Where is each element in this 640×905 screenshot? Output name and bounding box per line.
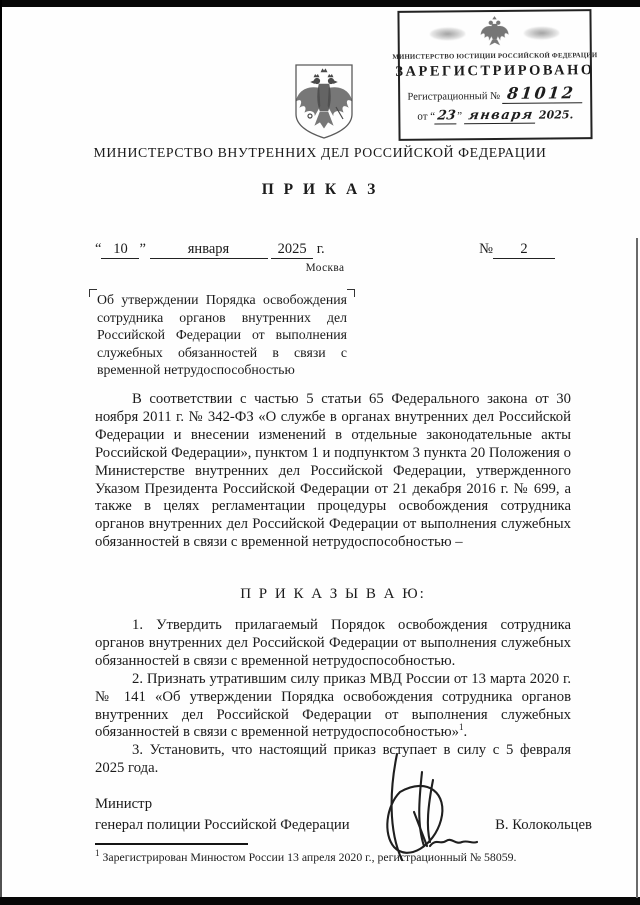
subject-corner-mark-left (89, 289, 97, 297)
stamp-date-year: 2025. (539, 108, 574, 121)
signature-title-line2-row: генерал полиции Российской Федерации В. … (95, 815, 592, 836)
signature-title-line1: Министр (95, 794, 592, 815)
date-day: 10 (101, 241, 139, 259)
scan-border-right (636, 238, 638, 898)
order-item-1: 1. Утвердить прилагаемый Порядок освобож… (95, 617, 571, 671)
stamp-smudge-right (524, 26, 560, 39)
city-label: Москва (95, 262, 555, 274)
stamp-registration-number-value: 81012 (502, 83, 584, 104)
date-year-suffix: г. (317, 241, 325, 257)
scan-border-bottom (0, 897, 640, 905)
order-item-2: 2. Признать утратившим силу приказ МВД Р… (95, 671, 571, 743)
date-group: “10” января 2025 г. (95, 241, 325, 259)
stamp-smudge-left (430, 27, 466, 40)
order-item-2-text: 2. Признать утратившим силу приказ МВД Р… (95, 671, 571, 741)
stamp-registration-number-line: Регистрационный № 81012 (407, 83, 583, 105)
coat-of-arms-icon (286, 62, 362, 142)
subject-corner-mark-right (347, 289, 355, 297)
registration-stamp: МИНИСТЕРСТВО ЮСТИЦИИ РОССИЙСКОЙ ФЕДЕРАЦИ… (397, 9, 592, 141)
document-type-title: П Р И К А З (0, 181, 640, 199)
order-item-3: 3. Установить, что настоящий приказ всту… (95, 742, 571, 778)
stamp-date-day: 23 (434, 108, 458, 124)
footnote-text: Зарегистрирован Минюстом России 13 апрел… (100, 850, 517, 864)
scan-border-top (0, 0, 640, 7)
document-page: МИНИСТЕРСТВО ЮСТИЦИИ РОССИЙСКОЙ ФЕДЕРАЦИ… (0, 0, 640, 905)
stamp-registration-number-label: Регистрационный № (407, 91, 500, 103)
stamp-eagle-icon (479, 15, 509, 50)
order-item-3-text: 3. Установить, что настоящий приказ всту… (95, 742, 571, 776)
order-keyword: П Р И К А З Ы В А Ю: (95, 586, 571, 603)
signature-name: В. Колокольцев (495, 815, 592, 836)
preamble-paragraph: В соответствии с частью 5 статьи 65 Феде… (95, 391, 571, 552)
signature-block: Министр генерал полиции Российской Федер… (95, 794, 592, 836)
ministry-title: МИНИСТЕРСТВО ВНУТРЕННИХ ДЕЛ РОССИЙСКОЙ Ф… (0, 145, 640, 161)
order-items: 1. Утвердить прилагаемый Порядок освобож… (95, 617, 571, 778)
scan-border-left (0, 0, 2, 905)
order-item-1-text: 1. Утвердить прилагаемый Порядок освобож… (95, 617, 571, 669)
stamp-date-month: января (464, 108, 538, 125)
document-number-label: № (479, 241, 493, 257)
document-number-value: 2 (493, 241, 555, 259)
date-line: “10” января 2025 г. №2 (95, 241, 555, 259)
date-month: января (150, 241, 268, 259)
order-item-2-tail: . (463, 724, 467, 740)
stamp-header-row (429, 14, 559, 51)
signature-title-line2: генерал полиции Российской Федерации (95, 815, 350, 836)
date-year: 2025 (271, 241, 313, 259)
stamp-date-prefix: от (417, 111, 427, 123)
footnote-text-line: 1 Зарегистрирован Минюстом России 13 апр… (95, 850, 575, 865)
document-number-group: №2 (479, 241, 555, 259)
footnote-rule (95, 843, 248, 845)
stamp-registered-label: ЗАРЕГИСТРИРОВАНО (395, 62, 594, 81)
subject-block: Об утверждении Порядка освобождения сотр… (97, 291, 347, 379)
date-close-quote: ” (139, 241, 145, 257)
stamp-date-line: от “23” января 2025. (417, 107, 573, 124)
stamp-ministry-of-justice-line: МИНИСТЕРСТВО ЮСТИЦИИ РОССИЙСКОЙ ФЕДЕРАЦИ… (392, 52, 597, 61)
